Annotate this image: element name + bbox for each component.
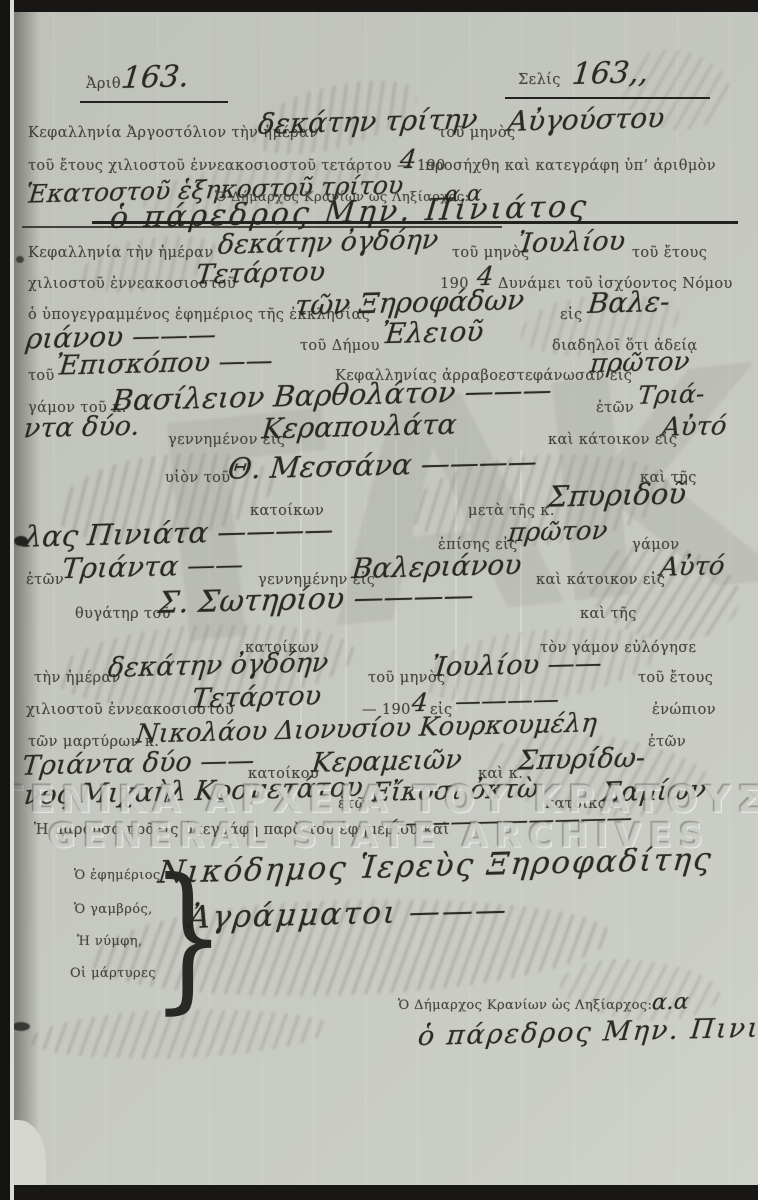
groom-age-label: ἐτῶν — [596, 400, 634, 416]
registration-month-handwriting: Αὐγούστου — [506, 101, 666, 138]
municipality-label: τοῦ Δήμου — [300, 338, 380, 354]
witnesses-label: Οἱ μάρτυρες — [70, 966, 156, 981]
scan-edge-top — [0, 0, 758, 12]
ceremony-month-handwriting: Ἰουλίου —— — [431, 648, 604, 683]
bride-name-a-handwriting: Σπυριδοῦ — [546, 476, 687, 513]
witness1-age-label: ἐτῶν — [648, 734, 686, 750]
act-month-handwriting: Ἰουλίου — [516, 226, 626, 260]
bride-residence-handwriting: Αὐτό — [659, 551, 727, 583]
act-day-handwriting: δεκάτην ὀγδόην — [217, 224, 440, 260]
binding-ink-blot — [12, 1022, 30, 1031]
registration-month-label: τοῦ μηνὸς — [438, 125, 516, 141]
bride-first-marriage-handwriting: πρῶτον — [507, 516, 609, 549]
son-of-printed: υἱὸν τοῦ — [165, 470, 230, 486]
act-number-value: 163. — [120, 59, 190, 96]
binding-shadow — [14, 0, 40, 1200]
section-divider-rule — [92, 221, 738, 224]
witness2-name-a-handwriting: Σπυρίδω- — [516, 742, 646, 776]
page-number-value: 163,, — [570, 55, 650, 92]
first-marriage-handwriting: πρῶτον — [589, 347, 691, 380]
bride-label: Ἡ νύμφη, — [77, 934, 143, 949]
bride-age-handwriting: Τριάντα —— — [60, 548, 245, 586]
before-printed: ἐνώπιον — [652, 702, 716, 718]
binding-ink-blot — [14, 536, 28, 546]
groom-age-b-handwriting: ντα δύο. — [22, 411, 141, 445]
groom-birthplace-handwriting: Κεραπουλάτα — [260, 408, 458, 446]
archive-watermark-english: GENERAL STATE ARCHIVES — [0, 816, 758, 856]
resident-at-printed: καὶ κάτοικον εἰς — [548, 432, 677, 448]
church-at-printed: εἰς — [560, 307, 583, 323]
priest-label: Ὁ ἐφημέριος — [74, 868, 161, 883]
mayor-registrar-label-bottom: Ὁ Δήμαρχος Κρανίων ὡς Ληξίαρχος: — [398, 998, 652, 1013]
act-year-intro-printed: τοῦ ἔτους — [632, 245, 707, 261]
groom-residence-handwriting: Αὐτό — [661, 411, 729, 443]
act-number-underline — [80, 101, 228, 103]
bishop-handwriting: Ἐπισκόπου —— — [55, 345, 275, 381]
ceremony-year-intro-printed: τοῦ ἔτους — [638, 670, 713, 686]
scan-edge-left — [0, 0, 10, 1200]
municipality-name-handwriting: Ἐλειοῦ — [380, 315, 485, 351]
marriage-word-printed: γάμον — [632, 537, 679, 553]
groom-age-a-handwriting: Τριά- — [637, 379, 706, 410]
scanned-marriage-register-page: ΓΑΚ Ἀριθ. 163. Σελίς 163,, Κεφαλληνία Ἀρ… — [0, 0, 758, 1200]
signature-brace: } — [151, 858, 226, 1016]
bride-resident-printed: καὶ κάτοικον εἰς — [536, 572, 665, 588]
act-year-word-handwriting: Τετάρτου — [194, 256, 326, 290]
village-name-a-handwriting: Βαλε- — [586, 285, 671, 320]
page-number-underline — [505, 97, 710, 99]
act-place-date-printed: Κεφαλληνία τὴν ἡμέραν — [28, 245, 214, 261]
registration-recorded-printed: προσήχθη καὶ κατεγράφη ὑπ’ ἀριθμὸν — [425, 158, 716, 174]
page-edge-highlight — [10, 0, 14, 1200]
archive-watermark-greek: ΓΕΝΙΚΑ ΑΡΧΕΙΑ ΤΟΥ ΚΡΑΤΟΥΣ — [0, 778, 758, 821]
binding-ink-blot — [16, 256, 24, 263]
scan-edge-bottom — [0, 1185, 758, 1200]
mayor-aa-handwriting-bottom: α.α — [651, 990, 690, 1016]
and-of-printed-2: καὶ τῆς — [580, 606, 637, 622]
page-number-label: Σελίς — [518, 72, 561, 88]
groom-label: Ὁ γαμβρός, — [74, 902, 153, 917]
ceremony-year-word-handwriting: Τετάρτου — [190, 680, 322, 714]
ceremony-day-handwriting: δεκάτην ὀγδόην — [107, 647, 330, 683]
